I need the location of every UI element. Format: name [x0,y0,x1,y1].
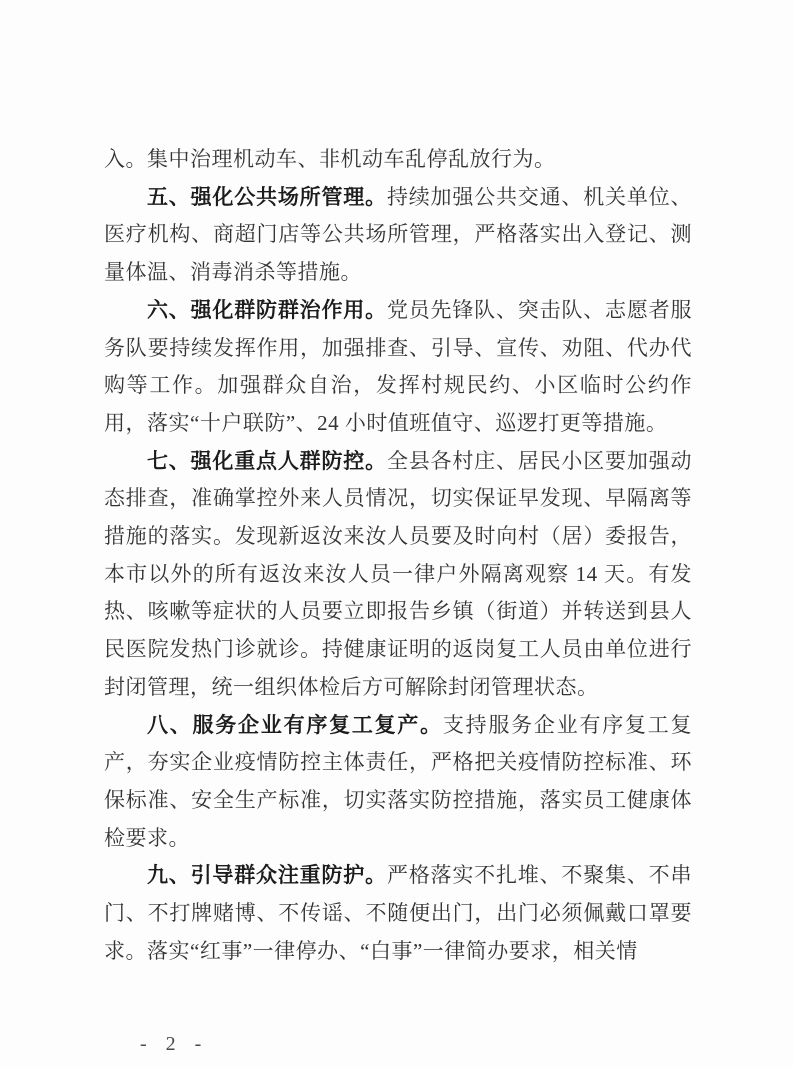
section-heading: 八、服务企业有序复工复产。 [147,714,443,737]
paragraph-text: 入。集中治理机动车、非机动车乱停乱放行为。 [104,147,556,171]
paragraph-section-9: 九、引导群众注重防护。严格落实不扎堆、不聚集、不串门、不打牌赌博、不传谣、不随便… [104,857,692,970]
section-heading: 七、强化重点人群防控。 [147,450,387,473]
section-heading: 九、引导群众注重防护。 [147,864,387,887]
section-heading: 六、强化群防群治作用。 [147,299,387,322]
paragraph-text: 全县各村庄、居民小区要加强动态排查，准确掌控外来人员情况，切实保证早发现、早隔离… [104,449,692,699]
paragraph-section-5: 五、强化公共场所管理。持续加强公共交通、机关单位、医疗机构、商超门店等公共场所管… [104,179,692,292]
section-heading: 五、强化公共场所管理。 [147,186,387,209]
paragraph-section-6: 六、强化群防群治作用。党员先锋队、突击队、志愿者服务队要持续发挥作用，加强排查、… [104,292,692,443]
document-body: 入。集中治理机动车、非机动车乱停乱放行为。 五、强化公共场所管理。持续加强公共交… [104,141,692,970]
page-number: - 2 - [140,1033,208,1056]
paragraph-section-8: 八、服务企业有序复工复产。支持服务企业有序复工复产，夯实企业疫情防控主体责任，严… [104,707,692,858]
paragraph-continued: 入。集中治理机动车、非机动车乱停乱放行为。 [104,141,692,179]
document-page: 入。集中治理机动车、非机动车乱停乱放行为。 五、强化公共场所管理。持续加强公共交… [0,0,793,1068]
paragraph-section-7: 七、强化重点人群防控。全县各村庄、居民小区要加强动态排查，准确掌控外来人员情况，… [104,443,692,707]
